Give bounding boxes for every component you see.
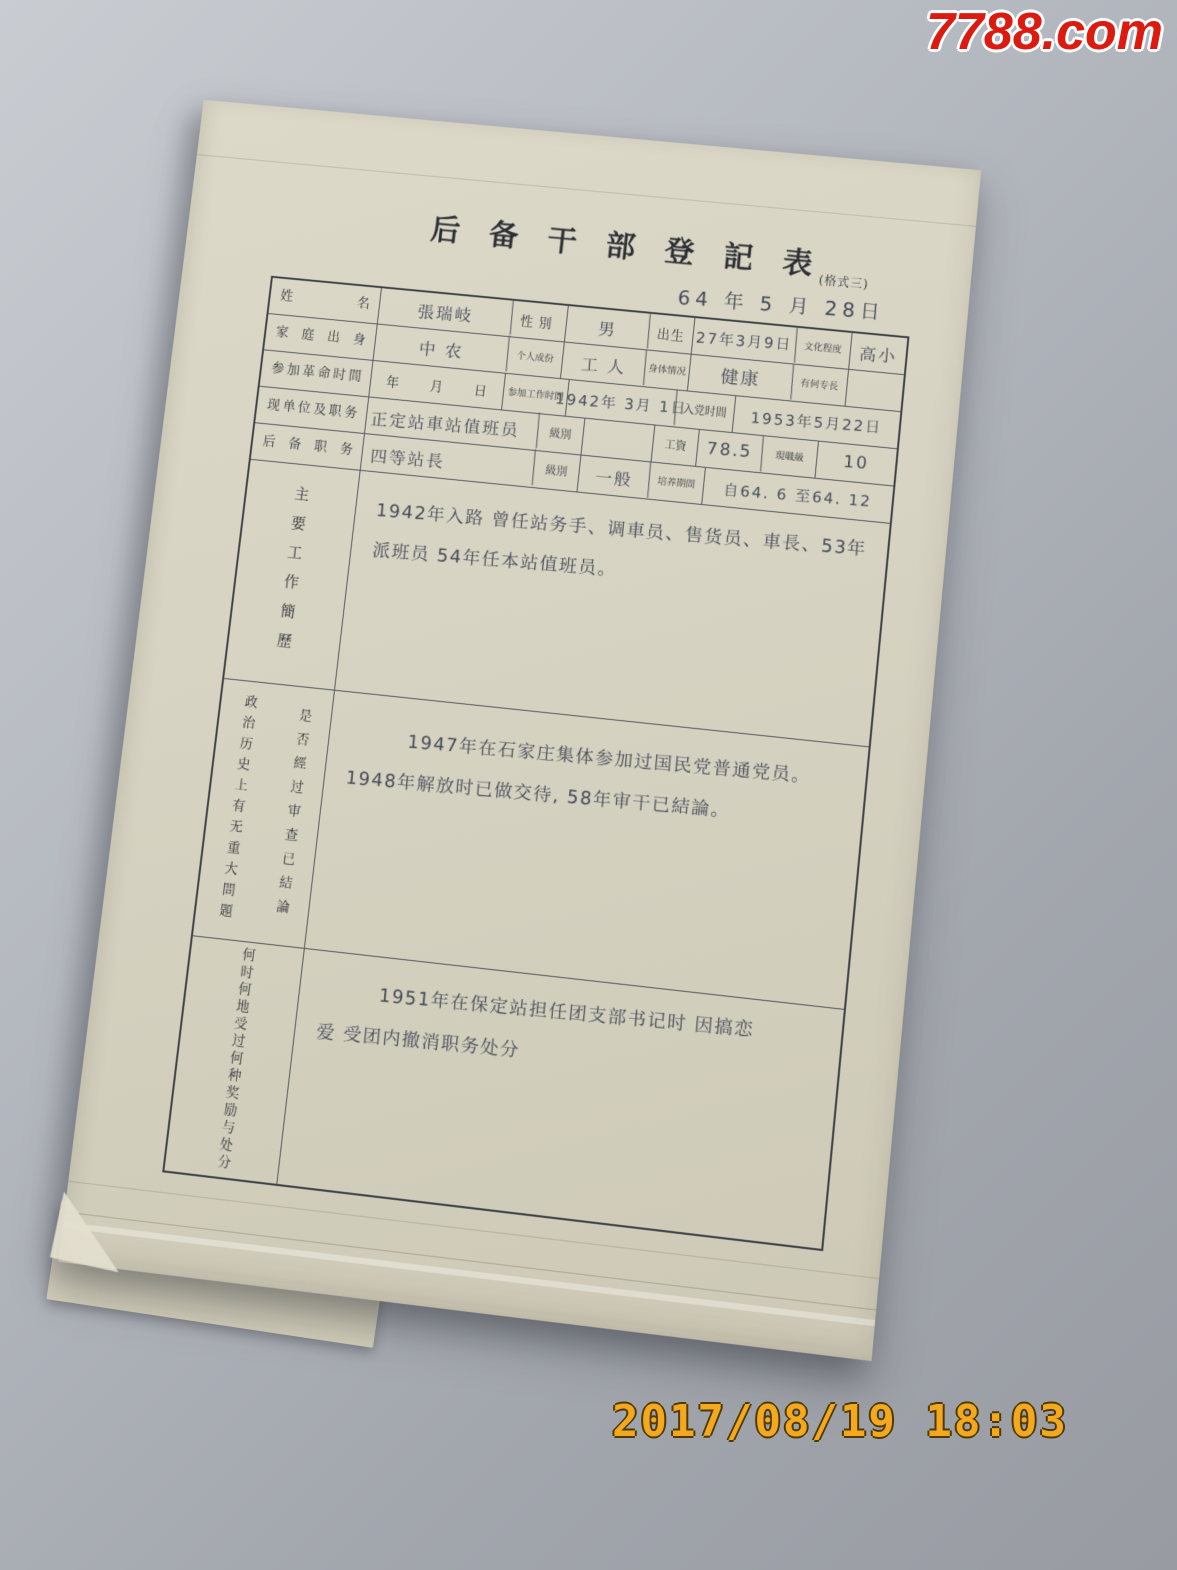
paper-form: 后备干部登記表 (格式三) 64 年 5 月 28日 姓名 張瑞岐 性別 男 出… — [58, 100, 981, 1361]
field-education-value: 高小 — [849, 334, 907, 374]
field-gender-value: 男 — [565, 307, 651, 349]
section-work-history-content: 1942年入路 曾任站务手、调車员、售货员、車長、53年 派班员 54年任本站值… — [337, 476, 888, 741]
field-personal-class-value: 工 人 — [561, 343, 647, 385]
field-current-grade-value: 10 — [816, 442, 896, 484]
form-note: (格式三) — [818, 272, 869, 293]
field-training-period-label: 培养期間 — [648, 462, 706, 504]
section-awards-punishments-content: 1951年在保定站担任团支部书记时 因搞恋 爱 受团内撤消职务处分 — [280, 955, 842, 1244]
folded-corner — [50, 1192, 133, 1272]
field-birth-label: 出生 — [647, 314, 695, 354]
field-wage-label: 工資 — [652, 425, 701, 465]
field-personal-class-label: 个人成份 — [507, 337, 565, 378]
section-political-history-content: 1947年在石家庄集体参加过国民党普通党员。 1948年解放时已做交待, 58年… — [307, 696, 866, 1004]
field-health-label: 身体情况 — [643, 350, 691, 390]
paper-crease — [197, 154, 976, 227]
field-gender-label: 性別 — [511, 301, 569, 342]
field-specialty-value — [845, 370, 903, 411]
form-table: 姓名 張瑞岐 性別 男 出生 27年3月9日 文化程度 高小 家庭出身 中 农 … — [162, 276, 909, 1251]
watermark-7788: 7788.com — [926, 2, 1163, 62]
field-reserve-level-value: 一般 — [578, 456, 652, 498]
camera-timestamp: 2017/08/19 18:03 — [612, 1396, 1068, 1447]
field-current-level-value — [581, 419, 655, 462]
field-current-level-label: 級別 — [537, 414, 585, 454]
field-health-value: 健康 — [688, 356, 794, 400]
photo-of-document: 后备干部登記表 (格式三) 64 年 5 月 28日 姓名 張瑞岐 性別 男 出… — [0, 0, 1177, 1570]
field-wage-value: 78.5 — [697, 430, 764, 471]
field-current-grade-label: 現職級 — [761, 436, 819, 477]
field-specialty-label: 有何专長 — [791, 365, 849, 406]
field-reserve-level-label: 級別 — [533, 451, 582, 491]
field-education-label: 文化程度 — [794, 328, 852, 369]
